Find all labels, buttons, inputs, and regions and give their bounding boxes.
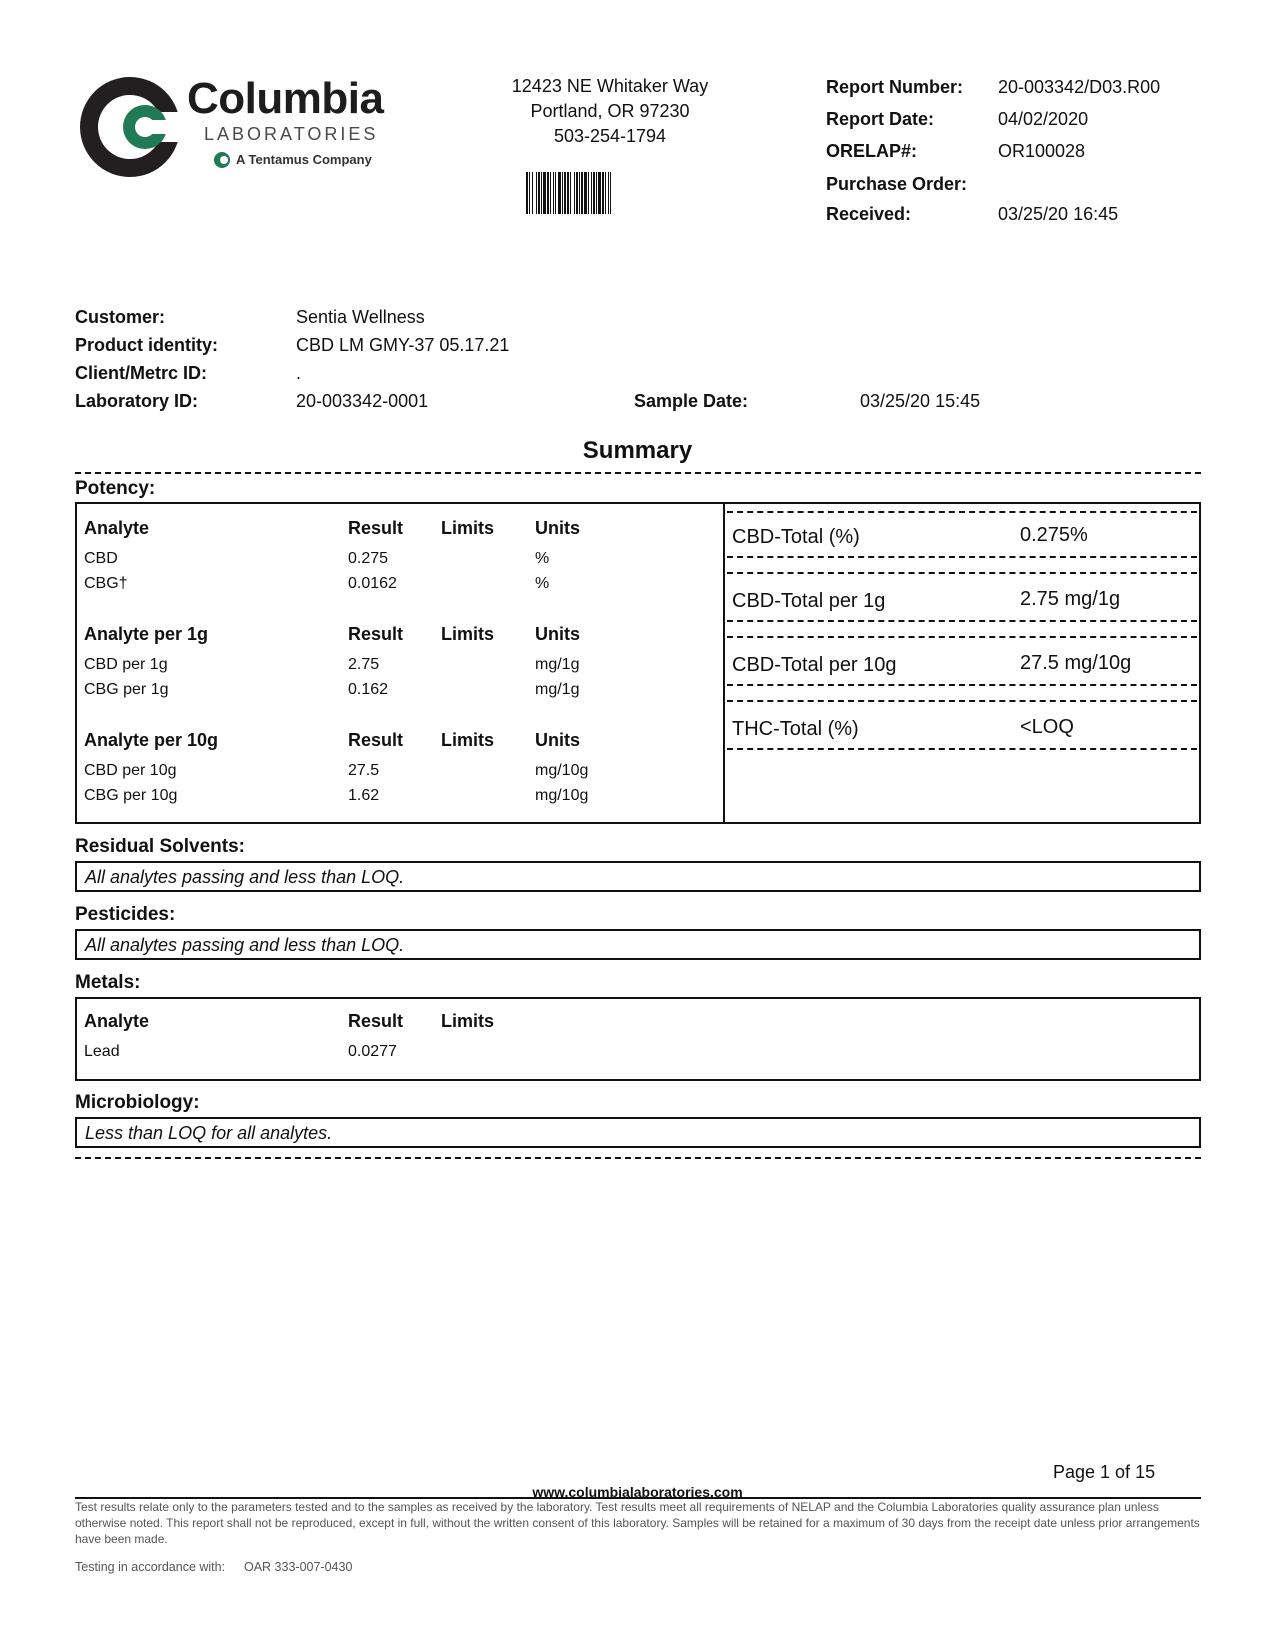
potency-header-result: Result — [348, 518, 403, 539]
dashed-divider-bottom — [75, 1157, 1201, 1159]
potency-cell-analyte: CBG per 10g — [84, 787, 177, 805]
potency-cell-units: % — [535, 575, 549, 593]
totals-dashed-divider — [727, 748, 1197, 750]
potency-cell-result: 27.5 — [348, 762, 379, 780]
metals-header-limits: Limits — [441, 1011, 494, 1032]
sample-date-value: 03/25/20 15:45 — [860, 391, 980, 412]
potency-cell-analyte: CBG per 1g — [84, 681, 168, 699]
total-label: THC-Total (%) — [732, 718, 859, 741]
microbiology-note: Less than LOQ for all analytes. — [85, 1123, 332, 1144]
potency-header-analyte: Analyte — [84, 518, 149, 539]
potency-title: Potency: — [75, 478, 155, 500]
received-value: 03/25/20 16:45 — [998, 204, 1118, 225]
residual-solvents-title: Residual Solvents: — [75, 836, 245, 858]
potency-header-units: Units — [535, 624, 580, 645]
potency-cell-units: mg/1g — [535, 681, 579, 699]
columbia-logo-icon — [75, 72, 185, 182]
purchase-order-label: Purchase Order: — [826, 174, 967, 195]
potency-cell-analyte: CBD — [84, 550, 118, 568]
total-value: 0.275% — [1020, 524, 1088, 547]
potency-cell-analyte: CBG† — [84, 575, 128, 593]
testing-label: Testing in accordance with: — [75, 1560, 225, 1574]
report-date-value: 04/02/2020 — [998, 109, 1088, 130]
lab-street: 12423 NE Whitaker Way — [470, 76, 750, 97]
client-id-label: Client/Metrc ID: — [75, 363, 207, 384]
received-label: Received: — [826, 204, 911, 225]
potency-cell-result: 0.162 — [348, 681, 388, 699]
potency-header-analyte: Analyte per 1g — [84, 624, 208, 645]
pesticides-note: All analytes passing and less than LOQ. — [85, 935, 404, 956]
report-date-label: Report Date: — [826, 109, 934, 130]
lab-city: Portland, OR 97230 — [470, 101, 750, 122]
potency-header-analyte: Analyte per 10g — [84, 730, 218, 751]
customer-label: Customer: — [75, 307, 165, 328]
orelap-value: OR100028 — [998, 141, 1085, 162]
potency-cell-result: 0.0162 — [348, 575, 397, 593]
metals-row-analyte: Lead — [84, 1043, 120, 1061]
potency-header-result: Result — [348, 624, 403, 645]
potency-cell-result: 2.75 — [348, 656, 379, 674]
metals-box — [75, 997, 1201, 1081]
totals-dashed-divider — [727, 556, 1197, 558]
summary-title: Summary — [0, 437, 1275, 465]
totals-dashed-divider — [727, 684, 1197, 686]
totals-dashed-divider — [727, 636, 1197, 638]
barcode — [526, 172, 669, 214]
microbiology-box: Less than LOQ for all analytes. — [75, 1117, 1201, 1148]
report-number-value: 20-003342/D03.R00 — [998, 77, 1160, 98]
lab-phone: 503-254-1794 — [470, 126, 750, 147]
logo-tagline: A Tentamus Company — [236, 152, 372, 167]
metals-title: Metals: — [75, 972, 140, 994]
sample-date-label: Sample Date: — [634, 391, 748, 412]
metals-header-result: Result — [348, 1011, 403, 1032]
disclaimer: Test results relate only to the paramete… — [75, 1499, 1205, 1547]
customer-value: Sentia Wellness — [296, 307, 425, 328]
company-logo — [75, 72, 185, 182]
potency-cell-units: mg/10g — [535, 762, 588, 780]
potency-cell-units: mg/1g — [535, 656, 579, 674]
potency-header-units: Units — [535, 730, 580, 751]
metals-header-analyte: Analyte — [84, 1011, 149, 1032]
potency-header-limits: Limits — [441, 518, 494, 539]
total-label: CBD-Total per 1g — [732, 590, 885, 613]
pesticides-title: Pesticides: — [75, 904, 175, 926]
potency-cell-analyte: CBD per 10g — [84, 762, 177, 780]
logo-wordmark: Columbia — [187, 74, 383, 124]
potency-divider — [723, 502, 725, 824]
total-value: 27.5 mg/10g — [1020, 652, 1131, 675]
total-value: 2.75 mg/1g — [1020, 588, 1120, 611]
potency-cell-units: mg/10g — [535, 787, 588, 805]
orelap-label: ORELAP#: — [826, 141, 917, 162]
potency-cell-result: 0.275 — [348, 550, 388, 568]
potency-header-units: Units — [535, 518, 580, 539]
page-number: Page 1 of 15 — [1053, 1462, 1155, 1483]
report-number-label: Report Number: — [826, 77, 963, 98]
potency-header-limits: Limits — [441, 730, 494, 751]
pesticides-box: All analytes passing and less than LOQ. — [75, 929, 1201, 960]
product-identity-value: CBD LM GMY-37 05.17.21 — [296, 335, 509, 356]
client-id-value: . — [296, 363, 301, 384]
dashed-divider — [75, 472, 1201, 474]
totals-dashed-divider — [727, 572, 1197, 574]
lab-id-label: Laboratory ID: — [75, 391, 198, 412]
potency-cell-units: % — [535, 550, 549, 568]
testing-value: OAR 333-007-0430 — [244, 1560, 352, 1574]
lab-id-value: 20-003342-0001 — [296, 391, 428, 412]
total-label: CBD-Total (%) — [732, 526, 860, 549]
logo-subtitle: LABORATORIES — [204, 124, 378, 145]
residual-solvents-box: All analytes passing and less than LOQ. — [75, 861, 1201, 892]
totals-dashed-divider — [727, 700, 1197, 702]
potency-cell-result: 1.62 — [348, 787, 379, 805]
totals-dashed-divider — [727, 620, 1197, 622]
residual-solvents-note: All analytes passing and less than LOQ. — [85, 867, 404, 888]
microbiology-title: Microbiology: — [75, 1092, 200, 1114]
potency-header-result: Result — [348, 730, 403, 751]
product-identity-label: Product identity: — [75, 335, 218, 356]
potency-header-limits: Limits — [441, 624, 494, 645]
potency-cell-analyte: CBD per 1g — [84, 656, 168, 674]
total-value: <LOQ — [1020, 716, 1074, 739]
metals-row-result: 0.0277 — [348, 1043, 397, 1061]
tentamus-icon — [212, 150, 232, 170]
totals-dashed-divider — [727, 511, 1197, 513]
total-label: CBD-Total per 10g — [732, 654, 897, 677]
